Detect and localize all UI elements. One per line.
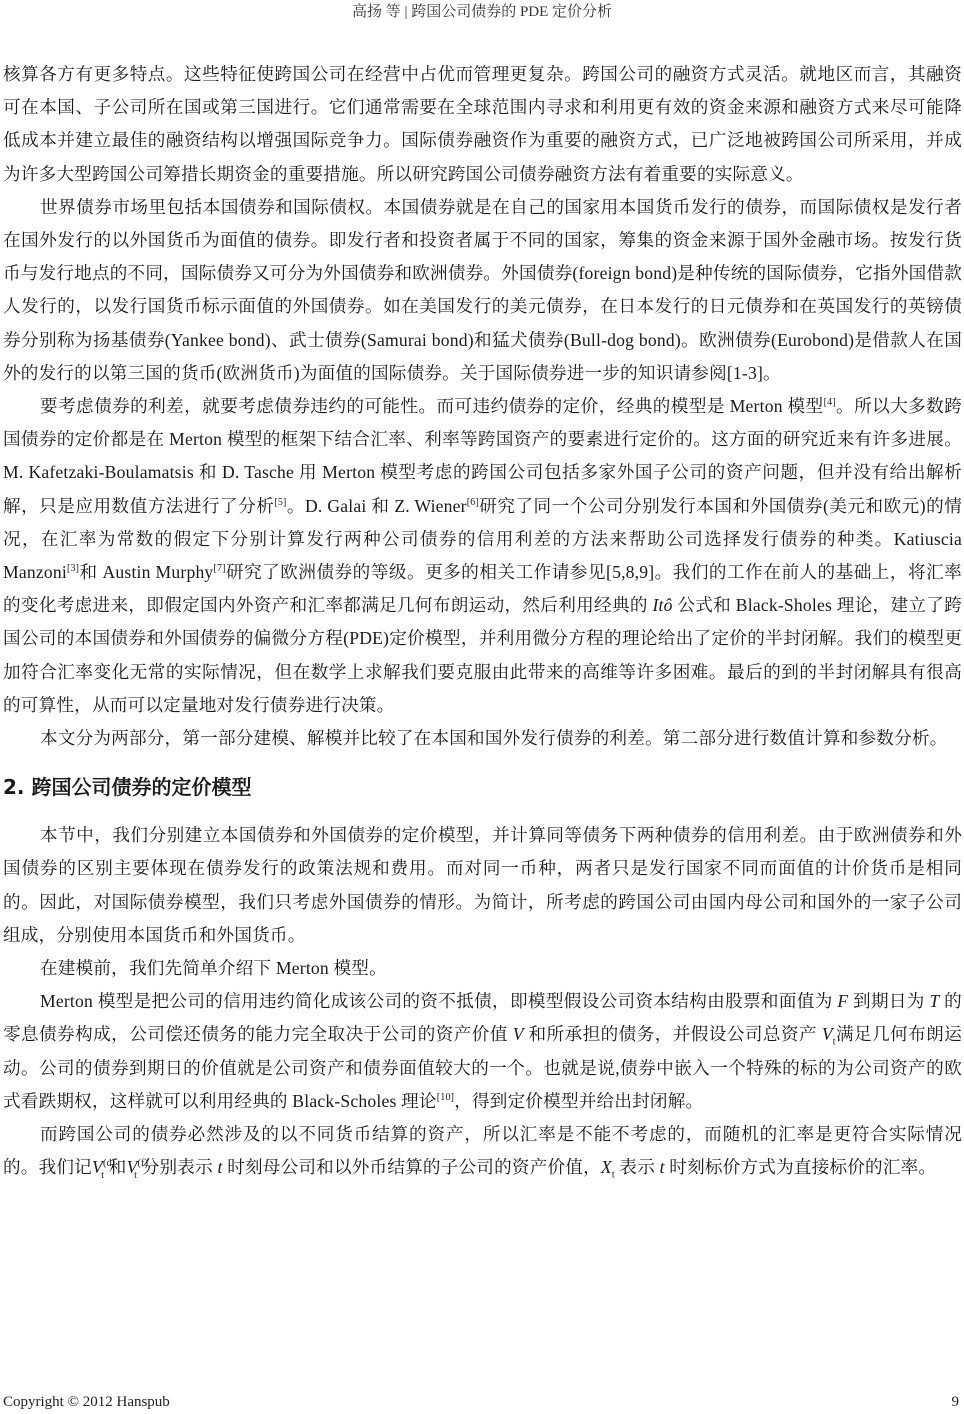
- paragraph-1: 核算各方有更多特点。这些特征使跨国公司在经营中占优而管理更复杂。跨国公司的融资方…: [3, 58, 962, 191]
- citation-ref: [5]: [274, 497, 286, 508]
- citation-ref: [7]: [213, 563, 225, 574]
- running-header: 高扬 等 | 跨国公司债券的 PDE 定价分析: [0, 2, 964, 22]
- paragraph-4: 本文分为两部分，第一部分建模、解模并比较了在本国和国外发行债券的利差。第二部分进…: [3, 722, 962, 755]
- page-body: 核算各方有更多特点。这些特征使跨国公司在经营中占优而管理更复杂。跨国公司的融资方…: [3, 58, 962, 1185]
- paragraph-8: 而跨国公司的债券必然涉及的以不同货币结算的资产，所以汇率是不能不考虑的，而随机的…: [3, 1118, 962, 1184]
- ito-term: Itô: [652, 595, 672, 615]
- math-var: F: [837, 991, 848, 1011]
- citation-ref: [3]: [67, 563, 79, 574]
- section-heading: 2. 跨国公司债券的定价模型: [3, 769, 962, 805]
- paragraph-5: 本节中，我们分别建立本国债券和外国债券的定价模型，并计算同等债务下两种债券的信用…: [3, 819, 962, 952]
- citation-ref: [10]: [437, 1092, 454, 1103]
- page-number: 9: [952, 1392, 960, 1412]
- copyright-notice: Copyright © 2012 Hanspub: [3, 1392, 170, 1412]
- math-var: V: [822, 1024, 833, 1044]
- citation-ref: [4]: [824, 397, 836, 408]
- paragraph-3: 要考虑债券的利差，就要考虑债券违约的可能性。而可违约债券的定价，经典的模型是 M…: [3, 390, 962, 722]
- math-var: T: [929, 991, 939, 1011]
- paragraph-7: Merton 模型是把公司的信用违约简化成该公司的资不抵债，即模型假设公司资本结…: [3, 985, 962, 1118]
- page-footer: Copyright © 2012 Hanspub 9: [3, 1392, 959, 1412]
- paragraph-6: 在建模前，我们先简单介绍下 Merton 模型。: [3, 952, 962, 985]
- math-var: X: [601, 1157, 612, 1177]
- paragraph-2: 世界债券市场里包括本国债券和国际债权。本国债券就是在自己的国家用本国货币发行的债…: [3, 191, 962, 390]
- citation-ref: [6]: [467, 497, 479, 508]
- math-var: V: [513, 1024, 524, 1044]
